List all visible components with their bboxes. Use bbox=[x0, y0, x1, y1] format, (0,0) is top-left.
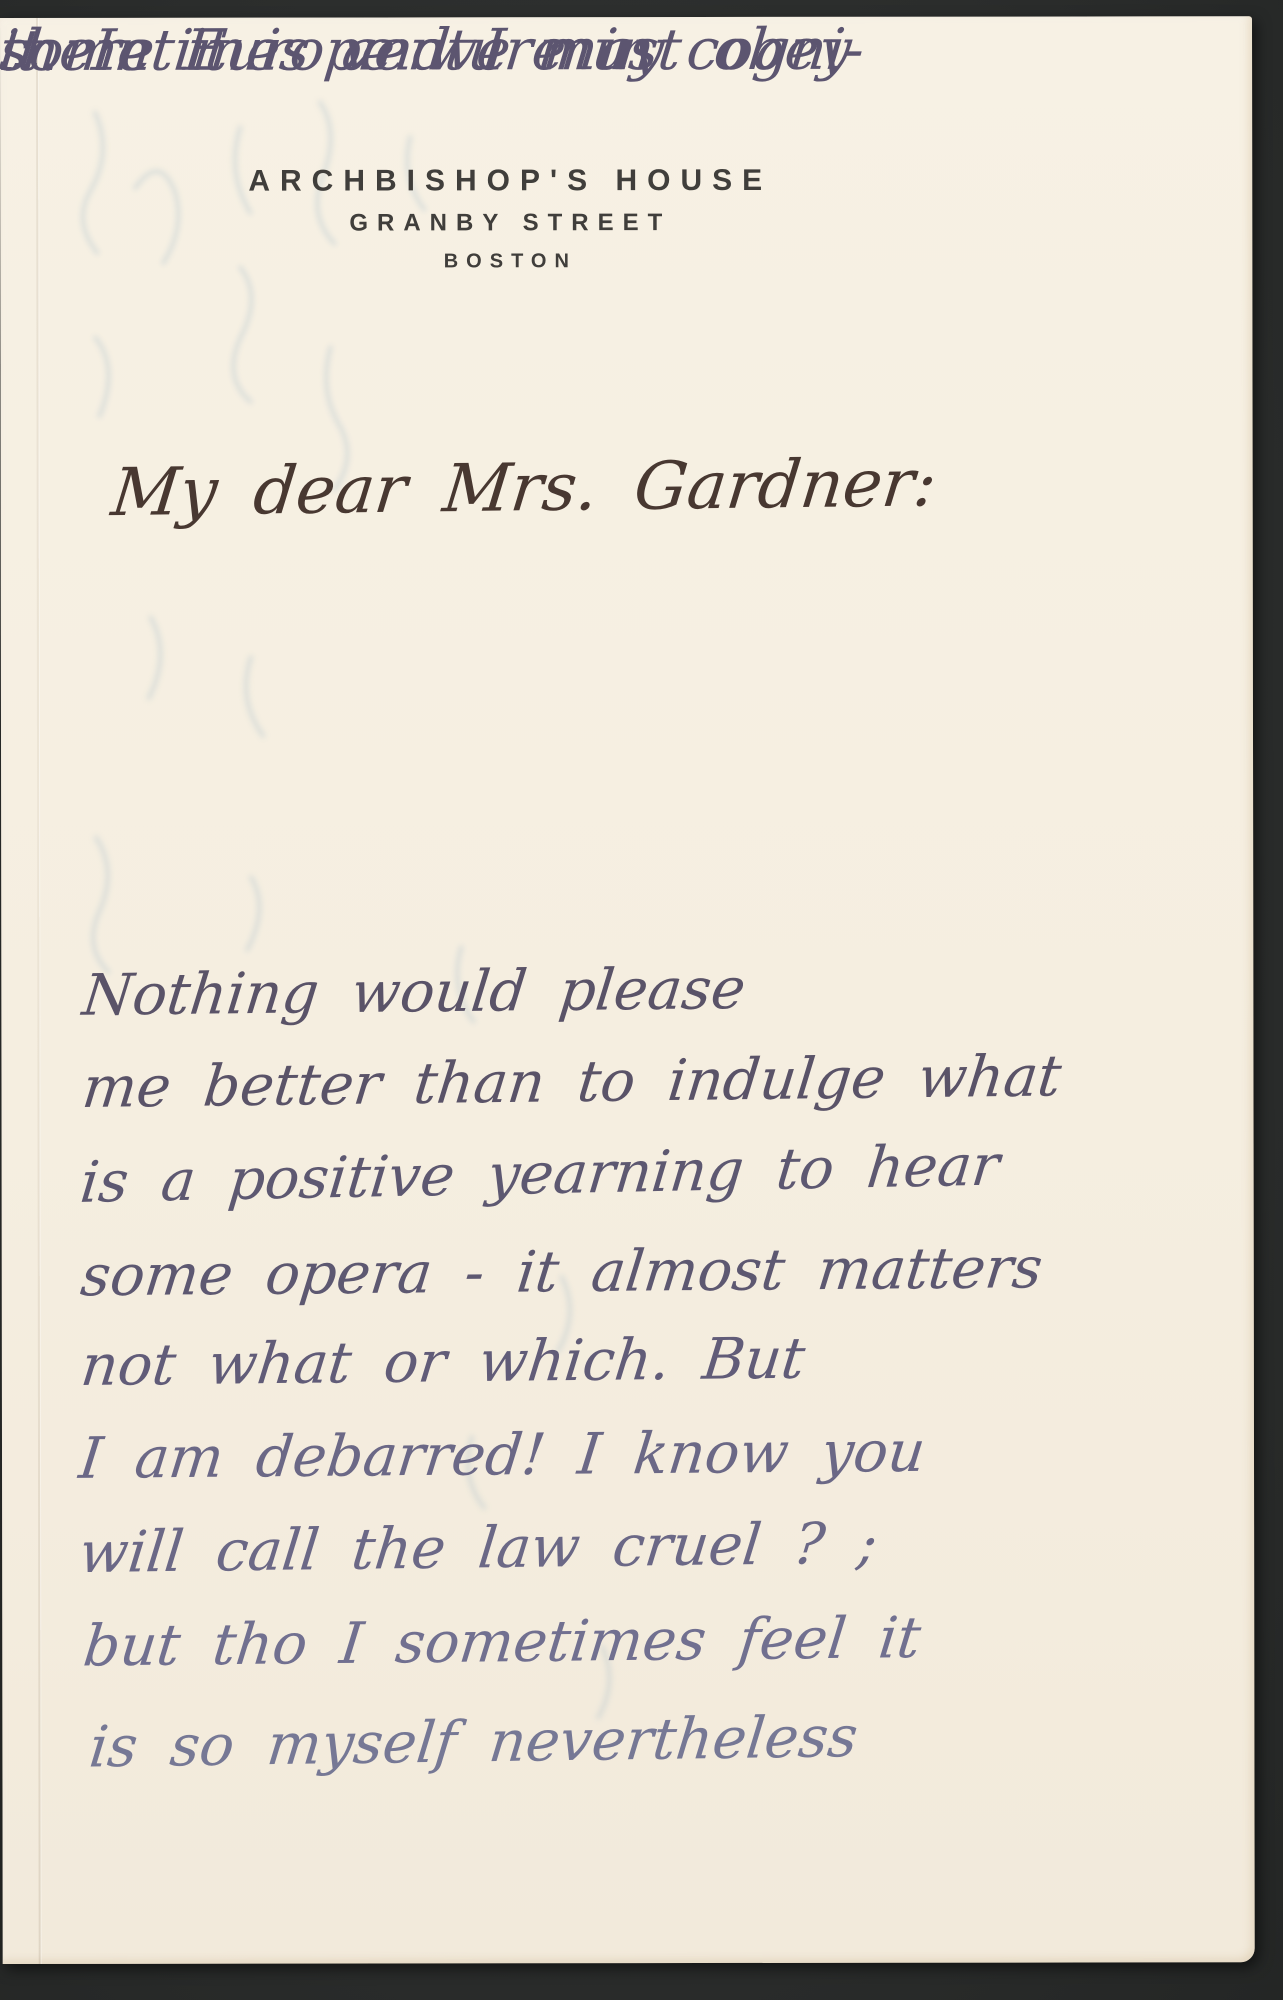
letter-paper: ARCHBISHOP'S HOUSE GRANBY STREET BOSTON … bbox=[0, 16, 1255, 1964]
scan-background: ARCHBISHOP'S HOUSE GRANBY STREET BOSTON … bbox=[0, 0, 1283, 2000]
paper-fold-crease bbox=[36, 18, 41, 1964]
salutation: My dear Mrs. Gardner: bbox=[108, 444, 941, 531]
handwriting-line: but tho I sometimes feel it bbox=[80, 1605, 924, 1679]
handwriting-line: will call the law cruel ? ; bbox=[76, 1511, 881, 1586]
handwriting-line: I am debarred! I know you bbox=[76, 1419, 929, 1492]
letterhead-street: GRANBY STREET bbox=[0, 203, 1020, 244]
handwriting-line: Nothing would please bbox=[79, 956, 749, 1029]
letterhead-name: ARCHBISHOP'S HOUSE bbox=[0, 159, 1020, 204]
letterhead: ARCHBISHOP'S HOUSE GRANBY STREET BOSTON bbox=[0, 159, 1020, 280]
handwriting-line: sometimes venture in cogni- bbox=[0, 17, 867, 84]
handwriting-line: some opera - it almost matters bbox=[78, 1235, 1046, 1309]
handwriting-line: is a positive yearning to hear bbox=[77, 1133, 1002, 1216]
handwriting-line: me better than to indulge what bbox=[79, 1043, 1064, 1121]
handwriting-line: is so myself nevertheless bbox=[86, 1704, 861, 1780]
handwriting-line: not what or which. But bbox=[78, 1326, 809, 1399]
letterhead-city: BOSTON bbox=[0, 243, 1020, 280]
